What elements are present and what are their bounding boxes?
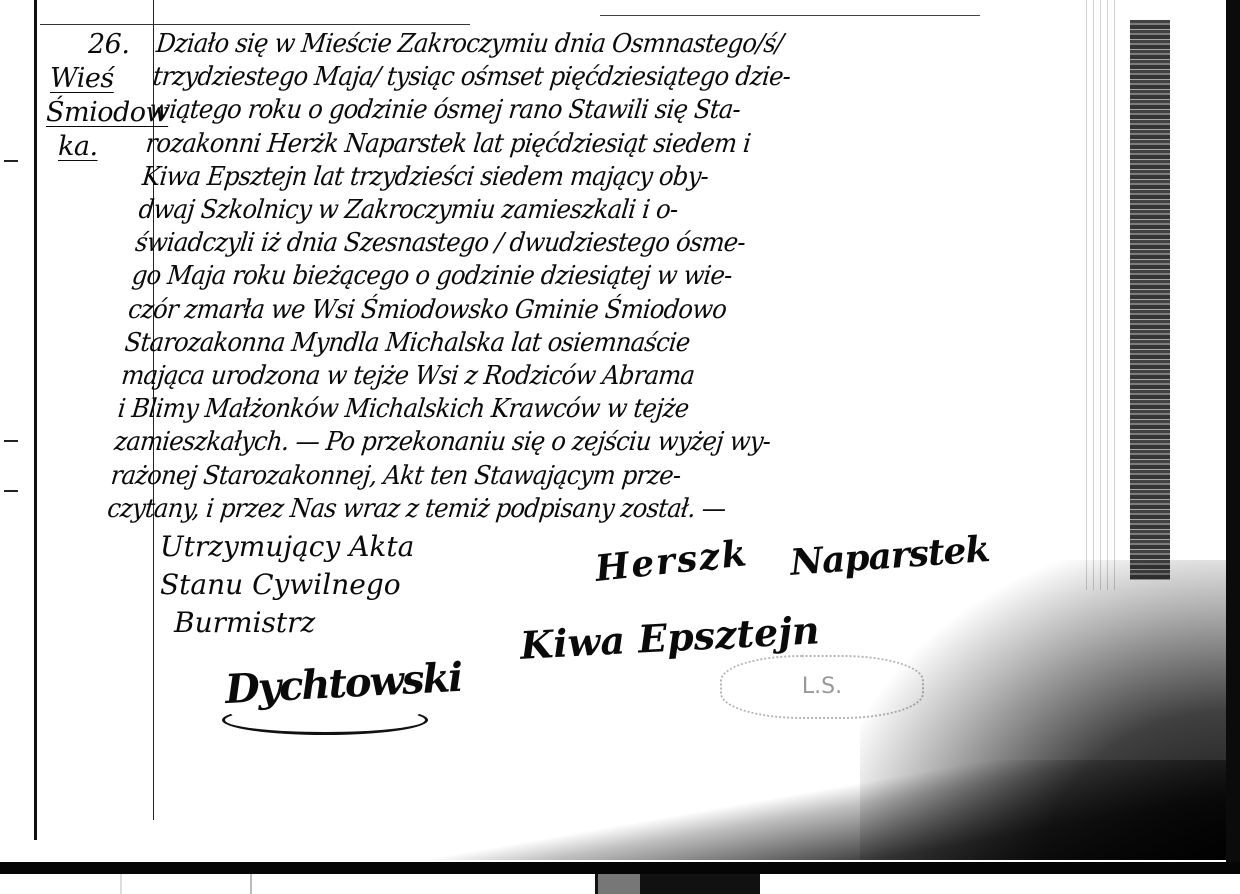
top-rule [40, 24, 470, 25]
top-rule-right [600, 15, 980, 16]
body-line: trzydziestego Maja/ tysiąc ośmset pięćdz… [151, 61, 1019, 94]
body-line: wiątego roku o godzinie ósmej rano Stawi… [148, 94, 1016, 127]
body-line: mająca urodzona w tejże Wsi z Rodziców A… [120, 360, 988, 393]
margin-place-line: Śmiodow [40, 96, 152, 130]
body-line: rażonej Starozakonnej, Akt ten Stawający… [109, 460, 977, 493]
body-line: czór zmarła we Wsi Śmiodowsko Gminie Śmi… [127, 294, 995, 327]
page-bottom-edge [0, 862, 1240, 874]
official-title-line: Stanu Cywilnego [160, 566, 414, 604]
body-line: i Blimy Małżonków Michalskich Krawców w … [116, 393, 984, 426]
body-line: Starozakonna Myndla Michalska lat osiemn… [123, 327, 991, 360]
official-title-block: Utrzymujący Akta Stanu Cywilnego Burmist… [160, 528, 414, 642]
body-line: go Maja roku bieżącego o godzinie dziesi… [130, 260, 998, 293]
record-body-text: Działo się w Mieście Zakroczymiu dnia Os… [106, 28, 1023, 526]
next-page-strip [0, 874, 1240, 894]
edge-mark [4, 440, 18, 442]
scanned-document-page: 26. Wieś Śmiodow ka. Działo się w Mieści… [0, 0, 1240, 894]
official-title-line: Utrzymujący Akta [160, 528, 414, 566]
margin-rule-outer [34, 0, 37, 840]
page-corner-shadow [860, 560, 1230, 860]
scan-noise [1080, 0, 1120, 590]
edge-mark [4, 160, 18, 162]
body-line: świadczyli iż dnia Szesnastego / dwudzie… [134, 227, 1002, 260]
entry-number: 26. [40, 28, 152, 62]
body-line: Kiwa Epsztejn lat trzydzieści siedem maj… [141, 161, 1009, 194]
edge-mark [4, 490, 18, 492]
official-title-line: Burmistrz [160, 604, 414, 642]
page-right-edge [1226, 0, 1240, 894]
witness-signature-given-name: Herszk [593, 532, 750, 590]
margin-annotation: 26. Wieś Śmiodow ka. [40, 28, 152, 164]
margin-place-line: Wieś [40, 62, 152, 96]
scan-artifact-strip [1130, 20, 1170, 580]
signature-flourish-icon [222, 705, 428, 735]
body-line: rozakonni Herżk Naparstek lat pięćdziesi… [144, 128, 1012, 161]
margin-place-line: ka. [40, 130, 152, 164]
body-line: czytany, i przez Nas wraz z temiż podpis… [106, 493, 974, 526]
body-line: dwaj Szkolnicy w Zakroczymiu zamieszkali… [137, 194, 1005, 227]
body-line: Działo się w Mieście Zakroczymiu dnia Os… [155, 28, 1023, 61]
body-line: zamieszkałych. — Po przekonaniu się o ze… [113, 426, 981, 459]
